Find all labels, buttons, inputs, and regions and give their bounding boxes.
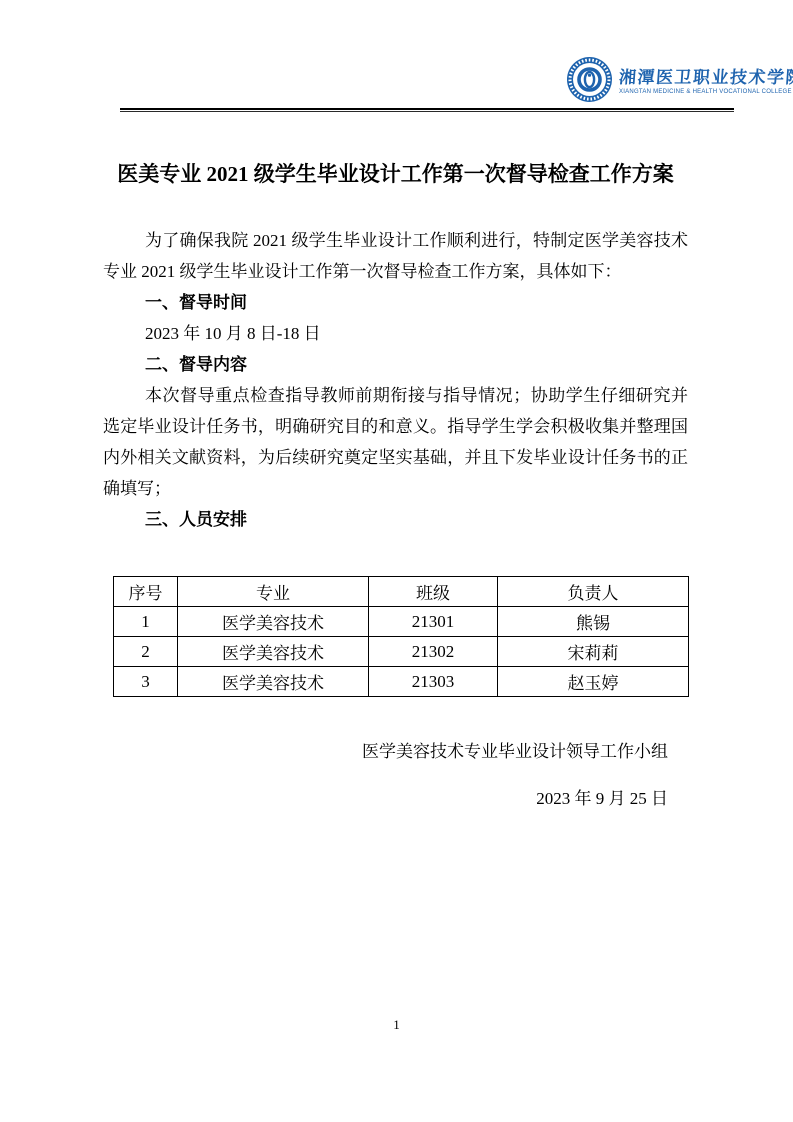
section-body-supervision-time: 2023 年 10 月 8 日-18 日 <box>103 318 688 349</box>
table-cell-major: 医学美容技术 <box>178 667 369 697</box>
table-header-row: 序号 专业 班级 负责人 <box>114 577 689 607</box>
personnel-table: 序号 专业 班级 负责人 1 医学美容技术 21301 熊锡 2 医学美容技术 … <box>113 576 689 697</box>
table-cell-no: 2 <box>114 637 178 667</box>
table-cell-leader: 熊锡 <box>498 607 689 637</box>
table-row: 3 医学美容技术 21303 赵玉婷 <box>114 667 689 697</box>
table-header-class: 班级 <box>369 577 498 607</box>
table-cell-class: 21301 <box>369 607 498 637</box>
college-name-zh: 湘潭医卫职业技术学院 <box>618 68 793 88</box>
section-heading-personnel: 三、人员安排 <box>103 504 688 535</box>
college-logo: 湘潭医卫职业技术学院 XIANGTAN MEDICINE & HEALTH VO… <box>566 56 793 108</box>
page-number: 1 <box>0 1017 793 1033</box>
section-body-supervision-content: 本次督导重点检查指导教师前期衔接与指导情况；协助学生仔细研究并选定毕业设计任务书… <box>103 380 688 504</box>
table-cell-leader: 宋莉莉 <box>498 637 689 667</box>
document-title: 医美专业 2021 级学生毕业设计工作第一次督导检查工作方案 <box>103 158 688 190</box>
table-cell-major: 医学美容技术 <box>178 637 369 667</box>
table-header-major: 专业 <box>178 577 369 607</box>
section-heading-supervision-content: 二、督导内容 <box>103 349 688 380</box>
college-name-en: XIANGTAN MEDICINE & HEALTH VOCATIONAL CO… <box>619 88 793 96</box>
table-cell-no: 3 <box>114 667 178 697</box>
table-cell-major: 医学美容技术 <box>178 607 369 637</box>
college-logo-text: 湘潭医卫职业技术学院 XIANGTAN MEDICINE & HEALTH VO… <box>619 68 793 96</box>
document-content: 医美专业 2021 级学生毕业设计工作第一次督导检查工作方案 为了确保我院 20… <box>103 112 688 814</box>
table-header-no: 序号 <box>114 577 178 607</box>
college-seal-icon <box>566 56 613 108</box>
document-page: 湘潭医卫职业技术学院 XIANGTAN MEDICINE & HEALTH VO… <box>0 0 793 1122</box>
intro-paragraph: 为了确保我院 2021 级学生毕业设计工作顺利进行，特制定医学美容技术专业 20… <box>103 225 688 287</box>
table-row: 2 医学美容技术 21302 宋莉莉 <box>114 637 689 667</box>
table-header-leader: 负责人 <box>498 577 689 607</box>
table-cell-leader: 赵玉婷 <box>498 667 689 697</box>
signature-date: 2023 年 9 月 25 日 <box>103 783 688 814</box>
section-heading-supervision-time: 一、督导时间 <box>103 287 688 318</box>
table-cell-no: 1 <box>114 607 178 637</box>
table-row: 1 医学美容技术 21301 熊锡 <box>114 607 689 637</box>
table-cell-class: 21303 <box>369 667 498 697</box>
table-cell-class: 21302 <box>369 637 498 667</box>
signature-org: 医学美容技术专业毕业设计领导工作小组 <box>103 736 688 767</box>
